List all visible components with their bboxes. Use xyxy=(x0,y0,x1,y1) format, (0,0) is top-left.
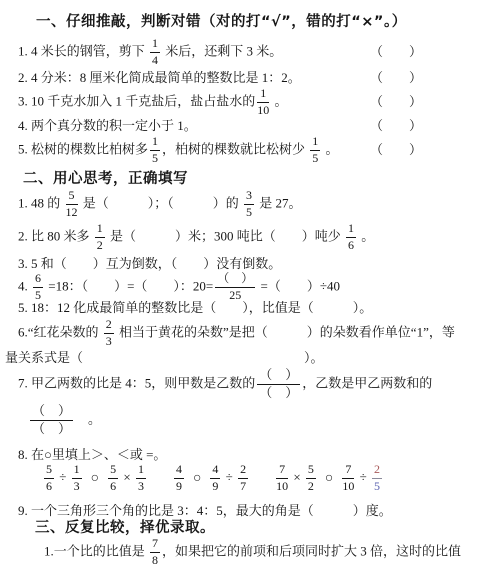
fraction-denominator: （ ） xyxy=(257,385,300,401)
fraction-numerator: 1 xyxy=(310,135,320,151)
section2-question-6-line1: 6.“红花朵数的 23 相当于黄花的朵数”是把（ ）的朵数看作单位“1”，等 xyxy=(18,318,455,349)
text-run: 米后，还剩下 3 米。 xyxy=(162,43,282,58)
fraction-numerator: 6 xyxy=(33,272,43,288)
text-run: × xyxy=(290,469,304,484)
section2-question-9: 9. 一个三角形三个角的比是 3：4：5，最大的角是（ ）度。 xyxy=(18,503,392,519)
section1-question-2: 2. 4 分米：8 厘米化简成最简单的整数比是 1：2。（ ） xyxy=(18,70,301,86)
text-run: ，乙数是甲乙两数和的 xyxy=(302,375,432,390)
fraction: 56 xyxy=(108,463,118,494)
fraction-denominator: 9 xyxy=(210,479,220,494)
fraction-numerator: 1 xyxy=(95,222,105,238)
fraction: 15 xyxy=(310,135,320,166)
fraction: 13 xyxy=(72,463,82,494)
fraction-denominator: 3 xyxy=(136,479,146,494)
text-run: 8. 在○里填上＞、＜或 =。 xyxy=(18,447,166,462)
text-run: ÷ xyxy=(56,469,70,484)
text-run: 相当于黄花的朵数”是把（ ）的朵数看作单位“1”，等 xyxy=(116,324,455,339)
text-run: 1. 4 米长的钢管，剪下 xyxy=(18,43,148,58)
text-run: 9. 一个三角形三个角的比是 3：4：5，最大的角是（ ）度。 xyxy=(18,503,392,518)
text-run: 1. 48 的 xyxy=(18,195,64,210)
fraction-numerator: 1 xyxy=(72,463,82,479)
fraction-numerator: 4 xyxy=(210,463,220,479)
section2-question-8-comparisons: 56 ÷ 13○56 × 1349○49 ÷ 27710 × 52○710 ÷ … xyxy=(42,463,384,494)
section2-question-6-line2: 量关系式是（ ）。 xyxy=(5,350,324,366)
fraction-numerator: 5 xyxy=(66,189,78,205)
fraction: 78 xyxy=(150,537,160,568)
text-run: 是（ ）米；300 吨比（ ）吨少 xyxy=(107,228,344,243)
fraction-numerator: 4 xyxy=(174,463,184,479)
text-run: 是（ ）；（ ）的 xyxy=(80,195,243,210)
fraction-denominator: 3 xyxy=(72,479,82,494)
fraction-denominator: （ ） xyxy=(30,421,73,437)
fraction: 52 xyxy=(306,463,316,494)
fraction: 25 xyxy=(372,463,382,494)
fraction-numerator: 2 xyxy=(372,463,382,479)
comparison-circle: ○ xyxy=(325,470,333,488)
fraction-numerator: 2 xyxy=(238,463,248,479)
text-run: =（ ）÷40 xyxy=(257,278,340,293)
fraction-numerator: 5 xyxy=(108,463,118,479)
section1-question-5: 5. 松树的棵数比柏树多15，柏树的棵数就比松树少 15 。（ ） xyxy=(18,135,339,166)
answer-parens: （ ） xyxy=(370,44,422,60)
text-run: ÷ xyxy=(356,469,370,484)
fraction-denominator: 5 xyxy=(310,151,320,166)
fraction-denominator: 10 xyxy=(276,479,288,494)
fraction-denominator: 6 xyxy=(44,479,54,494)
fraction-denominator: 12 xyxy=(66,205,78,220)
section1-question-1: 1. 4 米长的钢管，剪下 14 米后，还剩下 3 米。（ ） xyxy=(18,37,282,68)
fraction-numerator: 1 xyxy=(136,463,146,479)
fraction-denominator: 8 xyxy=(150,553,160,568)
fraction-numerator: 5 xyxy=(44,463,54,479)
fraction-numerator: （ ） xyxy=(215,272,255,288)
section1-question-4: 4. 两个真分数的积一定小于 1。（ ） xyxy=(18,118,197,134)
fraction-denominator: 5 xyxy=(244,205,254,220)
text-run: 量关系式是（ ）。 xyxy=(5,350,324,365)
text-run: 4. 两个真分数的积一定小于 1。 xyxy=(18,118,197,133)
text-run: 5. 18：12 化成最简单的整数比是（ ），比值是（ ）。 xyxy=(18,300,372,315)
fraction: 16 xyxy=(346,222,356,253)
section3-question-1: 1.一个比的比值是 78，如果把它的前项和后项同时扩大 3 倍，这时的比值 xyxy=(44,537,461,568)
fraction-numerator: 7 xyxy=(342,463,354,479)
fraction-numerator: 7 xyxy=(150,537,160,553)
fraction-denominator: 3 xyxy=(104,334,114,349)
section2-question-4: 4. 65 =18：（ ）=（ ）：20=（ ）25 =（ ）÷40 xyxy=(18,272,340,303)
fraction: 65 xyxy=(33,272,43,303)
fraction: 27 xyxy=(238,463,248,494)
fraction: 23 xyxy=(104,318,114,349)
fraction-denominator: 7 xyxy=(238,479,248,494)
fraction: 12 xyxy=(95,222,105,253)
text-run: 7. 甲乙两数的比是 4：5，则甲数是乙数的 xyxy=(18,375,255,390)
fraction-denominator: 2 xyxy=(306,479,316,494)
section2-question-7-line1: 7. 甲乙两数的比是 4：5，则甲数是乙数的（ ）（ ），乙数是甲乙两数和的 xyxy=(18,368,432,401)
fraction: 49 xyxy=(174,463,184,494)
text-run: 。 xyxy=(358,228,374,243)
comparison-circle: ○ xyxy=(193,470,201,488)
section3-heading: 三、反复比较，择优录取。 xyxy=(35,519,215,537)
fraction-denominator: 10 xyxy=(257,103,269,118)
fraction: 56 xyxy=(44,463,54,494)
answer-parens: （ ） xyxy=(370,70,422,86)
fraction-numerator: 1 xyxy=(150,135,160,151)
fraction-denominator: 10 xyxy=(342,479,354,494)
comparison-circle: ○ xyxy=(91,470,99,488)
text-run: ，柏树的棵数就比松树少 xyxy=(162,141,308,156)
fraction-numerator: 2 xyxy=(104,318,114,334)
text-run: 4. xyxy=(18,278,31,293)
text-run: 。 xyxy=(322,141,338,156)
section2-question-5: 5. 18：12 化成最简单的整数比是（ ），比值是（ ）。 xyxy=(18,300,372,316)
fraction-numerator: 1 xyxy=(257,87,269,103)
section2-heading: 二、用心思考，正确填写 xyxy=(23,170,188,188)
answer-parens: （ ） xyxy=(370,94,422,110)
fraction: 14 xyxy=(150,37,160,68)
text-run: 5. 松树的棵数比柏树多 xyxy=(18,141,148,156)
fraction-denominator: 6 xyxy=(108,479,118,494)
text-run: × xyxy=(120,469,134,484)
fraction: 710 xyxy=(276,463,288,494)
math-worksheet-page: 一、仔细推敲，判断对错（对的打“√”，错的打“×”。） 1. 4 米长的钢管，剪… xyxy=(0,0,489,571)
text-run: =18：（ ）=（ ）：20= xyxy=(45,278,213,293)
section2-question-8: 8. 在○里填上＞、＜或 =。 xyxy=(18,447,166,463)
fraction-numerator: （ ） xyxy=(30,404,73,421)
fraction-numerator: 1 xyxy=(346,222,356,238)
fraction-denominator: 4 xyxy=(150,53,160,68)
section1-heading: 一、仔细推敲，判断对错（对的打“√”，错的打“×”。） xyxy=(36,13,407,31)
text-run: 2. 4 分米：8 厘米化简成最简单的整数比是 1：2。 xyxy=(18,70,301,85)
section1-question-3: 3. 10 千克水加入 1 千克盐后，盐占盐水的110 。（ ） xyxy=(18,87,288,118)
fraction-numerator: 7 xyxy=(276,463,288,479)
text-run: 6.“红花朵数的 xyxy=(18,324,102,339)
fraction-numerator: 3 xyxy=(244,189,254,205)
section2-question-1: 1. 48 的 512 是（ ）；（ ）的 35 是 27。 xyxy=(18,189,302,220)
section2-question-3: 3. 5 和（ ）互为倒数，（ ）没有倒数。 xyxy=(18,256,281,272)
fraction: 512 xyxy=(66,189,78,220)
text-run: ÷ xyxy=(222,469,236,484)
text-run: 3. 10 千克水加入 1 千克盐后，盐占盐水的 xyxy=(18,93,255,108)
fraction: （ ）（ ） xyxy=(257,368,300,401)
fraction: （ ）25 xyxy=(215,272,255,303)
fraction-denominator: 2 xyxy=(95,238,105,253)
section2-question-2: 2. 比 80 米多 12 是（ ）米；300 吨比（ ）吨少 16 。 xyxy=(18,222,374,253)
text-run: 。 xyxy=(75,411,101,426)
fraction: 35 xyxy=(244,189,254,220)
fraction: 15 xyxy=(150,135,160,166)
fraction: 710 xyxy=(342,463,354,494)
fraction-denominator: 9 xyxy=(174,479,184,494)
fraction-numerator: （ ） xyxy=(257,368,300,385)
fraction: 49 xyxy=(210,463,220,494)
fraction-numerator: 1 xyxy=(150,37,160,53)
fraction-denominator: 5 xyxy=(150,151,160,166)
fraction: （ ）（ ） xyxy=(30,404,73,437)
text-run: 。 xyxy=(271,93,287,108)
text-run: 1.一个比的比值是 xyxy=(44,543,148,558)
fraction-numerator: 5 xyxy=(306,463,316,479)
fraction: 110 xyxy=(257,87,269,118)
fraction: 13 xyxy=(136,463,146,494)
answer-parens: （ ） xyxy=(370,118,422,134)
section2-question-7-line2: （ ）（ ） 。 xyxy=(28,404,101,437)
text-run: 是 27。 xyxy=(256,195,302,210)
text-run: 3. 5 和（ ）互为倒数，（ ）没有倒数。 xyxy=(18,256,281,271)
text-run: ，如果把它的前项和后项同时扩大 3 倍，这时的比值 xyxy=(162,543,461,558)
text-run: 2. 比 80 米多 xyxy=(18,228,93,243)
fraction-denominator: 5 xyxy=(372,479,382,494)
answer-parens: （ ） xyxy=(370,142,422,158)
fraction-denominator: 6 xyxy=(346,238,356,253)
